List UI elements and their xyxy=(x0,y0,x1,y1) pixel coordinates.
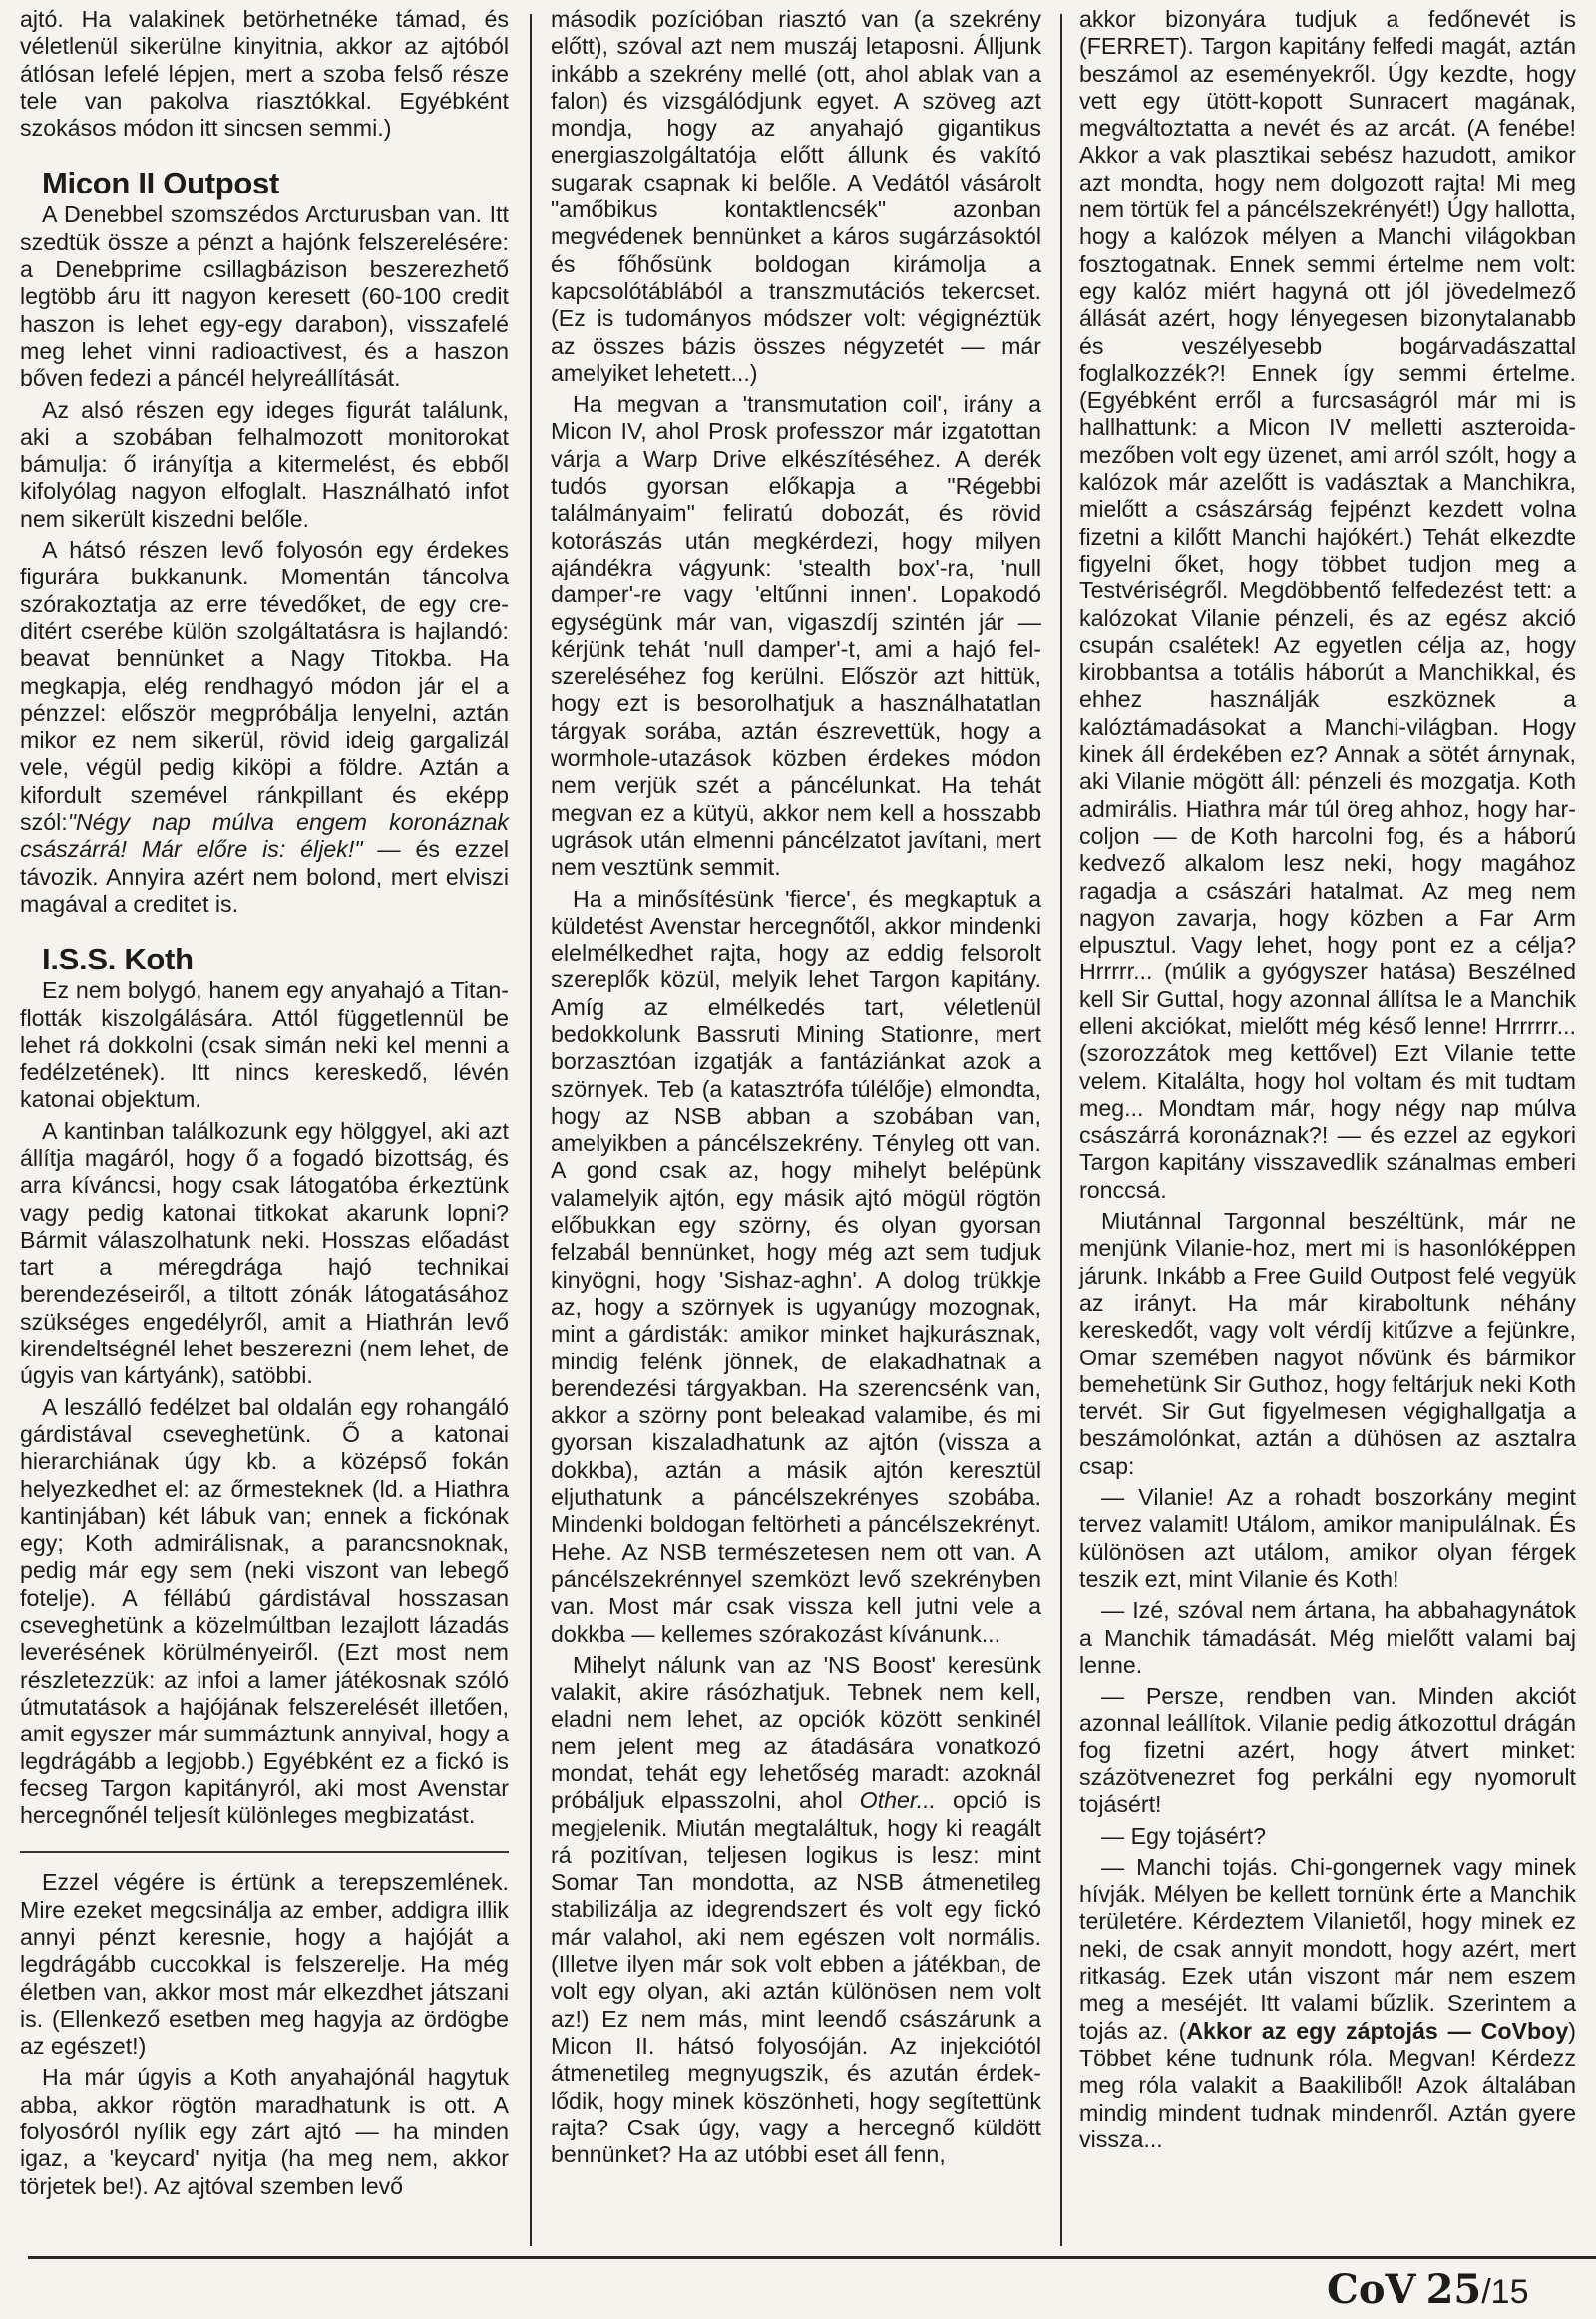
section-heading: I.S.S. Koth xyxy=(42,944,509,975)
paragraph-text: akkor bizonyára tudjuk a fedőnevét is (F… xyxy=(1079,6,1576,1203)
paragraph-text: opció is megjelenik. Miután megtaláltuk,… xyxy=(551,1787,1041,2167)
paragraph: — Persze, rendben van. Minden akciót azo… xyxy=(1079,1683,1576,1818)
paragraph: — Manchi tojás. Chi-gongernek vagy minek… xyxy=(1079,1854,1576,2153)
paragraph: Ha a minősítésünk 'fierce', és megkaptuk… xyxy=(551,886,1041,1648)
paragraph-text: Az alsó részen egy ideges figurát talá­l… xyxy=(20,397,509,532)
paragraph-text: Ha megvan a 'transmutation coil', irány … xyxy=(551,391,1041,880)
section-rule xyxy=(20,1851,509,1853)
paragraph-text: — Manchi tojás. Chi-gongernek vagy minek… xyxy=(1079,1854,1576,2044)
paragraph: Ha már úgyis a Koth anyahajónál hagytuk … xyxy=(20,2064,509,2199)
paragraph: A leszálló fedélzet bal oldalán egy roha… xyxy=(20,1394,509,1830)
paragraph-text: A hátsó részen levő folyosón egy érdekes… xyxy=(20,537,509,835)
footer-rule xyxy=(28,2256,1596,2259)
column-divider xyxy=(1060,14,1062,2246)
column-divider xyxy=(530,14,532,2246)
paragraph: — Izé, szóval nem ártana, ha abbahagy­ná… xyxy=(1079,1597,1576,1679)
paragraph: A hátsó részen levő folyosón egy érdekes… xyxy=(20,537,509,918)
paragraph: Az alsó részen egy ideges figurát talá­l… xyxy=(20,397,509,533)
paragraph-text: A kantinban találkozunk egy hölggyel, ak… xyxy=(20,1118,509,1389)
paragraph: Miutánnal Targonnal beszéltünk, már ne m… xyxy=(1079,1208,1576,1480)
page-number: /15 xyxy=(1481,2273,1528,2311)
italic-quote: Other... xyxy=(860,1787,936,1813)
paragraph-text: Ha már úgyis a Koth anyahajónál hagytuk … xyxy=(20,2064,509,2198)
paragraph: A Denebbel szomszédos Arcturusban van. I… xyxy=(20,201,509,392)
paragraph: második pozícióban riasztó van (a szek­r… xyxy=(551,6,1041,387)
paragraph-text: Ha a minősítésünk 'fierce', és megkaptuk… xyxy=(551,886,1041,1647)
paragraph-text: Ez nem bolygó, hanem egy anyahajó a Tita… xyxy=(20,977,509,1112)
paragraph-text: ajtó. Ha valakinek betörhetnéke támad, é… xyxy=(20,6,509,141)
paragraph: akkor bizonyára tudjuk a fedőnevét is (F… xyxy=(1079,6,1576,1204)
magazine-logo: CoV xyxy=(1327,2266,1416,2313)
paragraph: ajtó. Ha valakinek betörhetnéke támad, é… xyxy=(20,6,509,142)
paragraph: Ha megvan a 'transmutation coil', irány … xyxy=(551,391,1041,881)
column-2: második pozícióban riasztó van (a szek­r… xyxy=(551,6,1041,2172)
paragraph: Mihelyt nálunk van az 'NS Boost' kere­sü… xyxy=(551,1652,1041,2169)
paragraph-text: második pozícióban riasztó van (a szek­r… xyxy=(551,6,1041,386)
column-1: ajtó. Ha valakinek betörhetnéke támad, é… xyxy=(20,6,509,2204)
paragraph: Ez nem bolygó, hanem egy anyahajó a Tita… xyxy=(20,977,509,1113)
magazine-page: ajtó. Ha valakinek betörhetnéke támad, é… xyxy=(0,0,1596,2319)
paragraph: — Vilanie! Az a rohadt boszorkány megint… xyxy=(1079,1484,1576,1593)
paragraph-text: — Egy tojásért? xyxy=(1101,1823,1266,1849)
issue-number: 25 xyxy=(1426,2266,1482,2313)
paragraph: Ezzel végére is értünk a terepszemlének.… xyxy=(20,1869,509,2060)
page-footer: CoV25/15 xyxy=(1327,2266,1529,2313)
paragraph-text: A leszálló fedélzet bal oldalán egy roha… xyxy=(20,1394,509,1828)
paragraph-text: — Persze, rendben van. Minden akciót azo… xyxy=(1079,1683,1576,1817)
paragraph-text: Ezzel végére is értünk a terepszemlének.… xyxy=(20,1869,509,2059)
editor-note: Akkor az egy záptojás — CoVboy xyxy=(1186,2018,1568,2044)
paragraph-text: Miutánnal Targonnal beszéltünk, már ne m… xyxy=(1079,1208,1576,1479)
paragraph-text: A Denebbel szomszédos Arcturusban van. I… xyxy=(20,201,509,391)
paragraph: — Egy tojásért? xyxy=(1079,1823,1576,1850)
paragraph-text: — Izé, szóval nem ártana, ha abbahagy­ná… xyxy=(1079,1597,1576,1678)
column-3: akkor bizonyára tudjuk a fedőnevét is (F… xyxy=(1079,6,1576,2157)
paragraph: A kantinban találkozunk egy hölggyel, ak… xyxy=(20,1118,509,1390)
section-heading: Micon II Outpost xyxy=(42,168,509,199)
paragraph-text: — Vilanie! Az a rohadt boszorkány megint… xyxy=(1079,1484,1576,1592)
